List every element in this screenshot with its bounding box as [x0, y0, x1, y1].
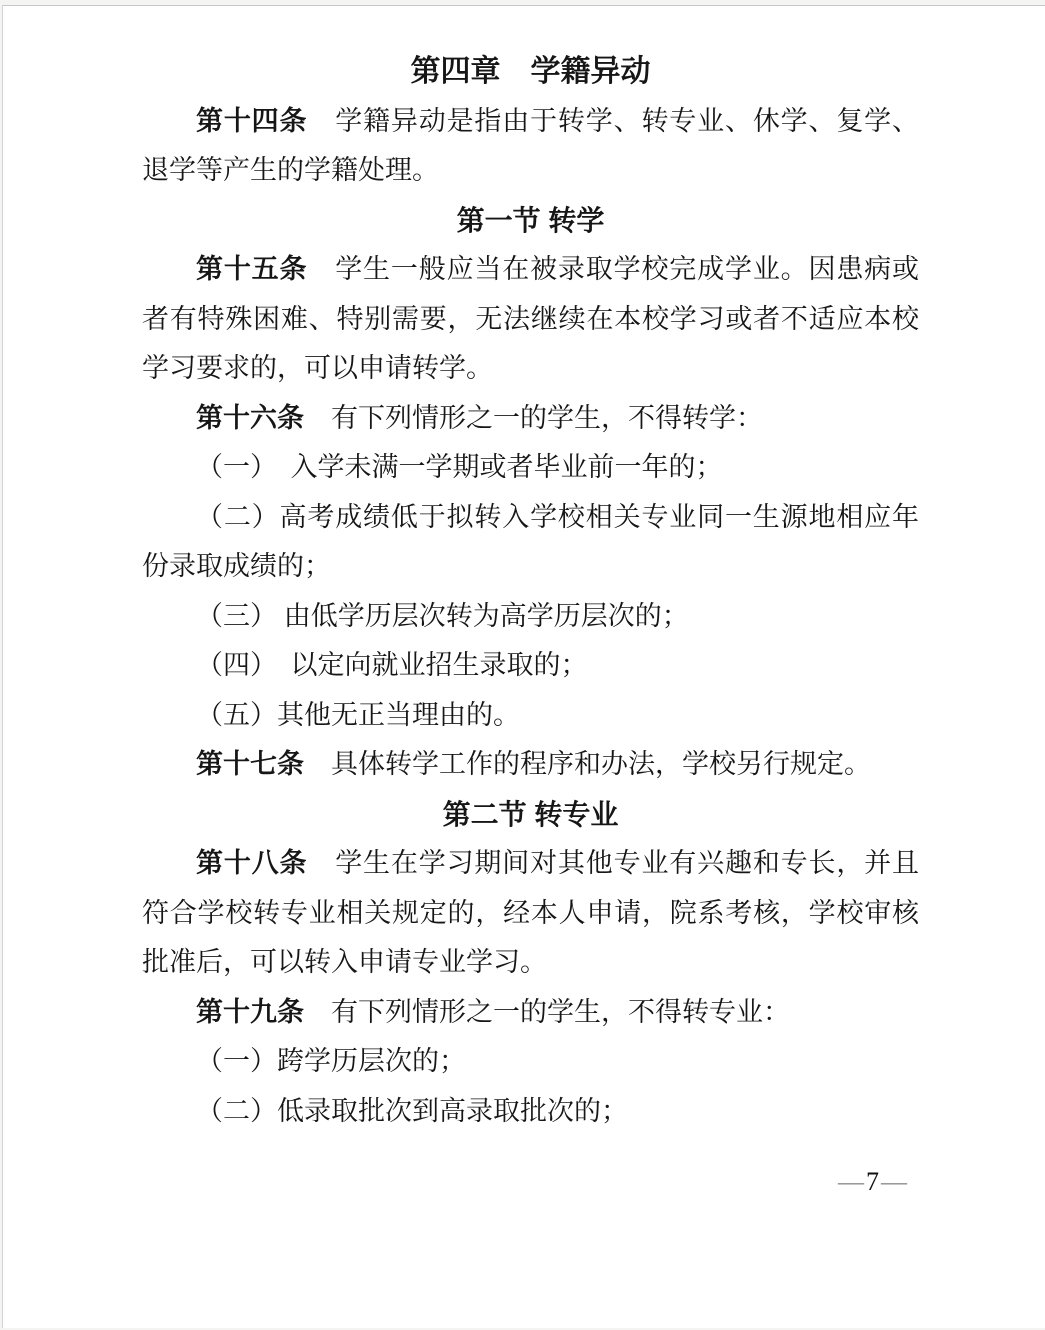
text-run: 份录取成绩的；	[142, 551, 331, 581]
article-16-lead: 第十六条 有下列情形之一的学生，不得转学：	[142, 394, 919, 444]
bold-term: 第十七条	[196, 749, 304, 779]
text-run: （二）高考成绩低于拟转入学校相关专业同一生源地相应年	[196, 502, 919, 532]
text-line: 第四章 学籍异动	[142, 47, 919, 97]
article-16-item-5: （五）其他无正当理由的。	[142, 691, 919, 741]
text-line: 者有特殊困难、特别需要，无法继续在本校学习或者不适应本校	[142, 295, 919, 345]
page-number-value: 7	[864, 1167, 881, 1196]
bold-term: 第一节 转学	[457, 205, 605, 236]
article-16-item-4: （四） 以定向就业招生录取的；	[142, 641, 919, 691]
article-19-lead: 第十九条 有下列情形之一的学生，不得转专业：	[142, 988, 919, 1038]
text-run: 有下列情形之一的学生，不得转专业：	[304, 997, 790, 1027]
text-line: 批准后，可以转入申请专业学习。	[142, 938, 919, 988]
bold-term: 第二节 转专业	[443, 799, 619, 830]
text-line: 第二节 转专业	[142, 790, 919, 840]
text-line: （三） 由低学历层次转为高学历层次的；	[142, 592, 919, 642]
text-line: 符合学校转专业相关规定的，经本人申请，院系考核，学校审核	[142, 889, 919, 939]
text-run: （三） 由低学历层次转为高学历层次的；	[196, 601, 689, 631]
text-line: （五）其他无正当理由的。	[142, 691, 919, 741]
text-line: 第一节 转学	[142, 196, 919, 246]
chapter-4-heading: 第四章 学籍异动	[142, 47, 919, 97]
text-line: 退学等产生的学籍处理。	[142, 146, 919, 196]
text-line: （二）低录取批次到高录取批次的；	[142, 1087, 919, 1137]
page-number-dash-right: —	[881, 1167, 907, 1196]
article-17: 第十七条 具体转学工作的程序和办法，学校另行规定。	[142, 740, 919, 790]
text-line: （二）高考成绩低于拟转入学校相关专业同一生源地相应年	[142, 493, 919, 543]
text-run: 学生在学习期间对其他专业有兴趣和专长，并且	[307, 848, 919, 878]
text-line: 第十五条 学生一般应当在被录取学校完成学业。因患病或	[142, 245, 919, 295]
text-run: 者有特殊困难、特别需要，无法继续在本校学习或者不适应本校	[142, 304, 919, 334]
article-15: 第十五条 学生一般应当在被录取学校完成学业。因患病或者有特殊困难、特别需要，无法…	[142, 245, 919, 394]
document-page: 第四章 学籍异动第十四条 学籍异动是指由于转学、转专业、休学、复学、退学等产生的…	[2, 5, 1045, 1328]
text-run: 学习要求的，可以申请转学。	[142, 353, 493, 383]
article-16-item-2: （二）高考成绩低于拟转入学校相关专业同一生源地相应年份录取成绩的；	[142, 493, 919, 592]
text-line: （四） 以定向就业招生录取的；	[142, 641, 919, 691]
text-line: 第十九条 有下列情形之一的学生，不得转专业：	[142, 988, 919, 1038]
text-line: （一）跨学历层次的；	[142, 1037, 919, 1087]
text-run: 具体转学工作的程序和办法，学校另行规定。	[304, 749, 871, 779]
text-line: 学习要求的，可以申请转学。	[142, 344, 919, 394]
bold-term: 第四章 学籍异动	[411, 55, 651, 88]
text-line: 第十八条 学生在学习期间对其他专业有兴趣和专长，并且	[142, 839, 919, 889]
article-16-item-1: （一） 入学未满一学期或者毕业前一年的；	[142, 443, 919, 493]
text-run: 批准后，可以转入申请专业学习。	[142, 947, 547, 977]
text-line: 第十六条 有下列情形之一的学生，不得转学：	[142, 394, 919, 444]
article-14: 第十四条 学籍异动是指由于转学、转专业、休学、复学、退学等产生的学籍处理。	[142, 97, 919, 196]
text-run: 学籍异动是指由于转学、转专业、休学、复学、	[307, 106, 919, 136]
bold-term: 第十四条	[196, 106, 307, 136]
article-19-item-2: （二）低录取批次到高录取批次的；	[142, 1087, 919, 1137]
document-body: 第四章 学籍异动第十四条 学籍异动是指由于转学、转专业、休学、复学、退学等产生的…	[3, 6, 1045, 1136]
text-run: （一）跨学历层次的；	[196, 1046, 466, 1076]
text-run: 退学等产生的学籍处理。	[142, 155, 439, 185]
section-1-heading: 第一节 转学	[142, 196, 919, 246]
text-run: （二）低录取批次到高录取批次的；	[196, 1096, 628, 1126]
bold-term: 第十五条	[196, 254, 307, 284]
text-run: （四） 以定向就业招生录取的；	[196, 650, 588, 680]
text-run: 有下列情形之一的学生，不得转学：	[304, 403, 763, 433]
text-line: 份录取成绩的；	[142, 542, 919, 592]
text-run: （五）其他无正当理由的。	[196, 700, 520, 730]
text-line: 第十七条 具体转学工作的程序和办法，学校另行规定。	[142, 740, 919, 790]
text-line: （一） 入学未满一学期或者毕业前一年的；	[142, 443, 919, 493]
text-run: 符合学校转专业相关规定的，经本人申请，院系考核，学校审核	[142, 898, 919, 928]
bold-term: 第十六条	[196, 403, 304, 433]
text-run: 学生一般应当在被录取学校完成学业。因患病或	[307, 254, 919, 284]
text-run: （一） 入学未满一学期或者毕业前一年的；	[196, 452, 723, 482]
text-line: 第十四条 学籍异动是指由于转学、转专业、休学、复学、	[142, 97, 919, 147]
page-number: —7—	[3, 1166, 1045, 1198]
bold-term: 第十八条	[196, 848, 307, 878]
page-number-dash-left: —	[838, 1167, 864, 1196]
section-2-heading: 第二节 转专业	[142, 790, 919, 840]
article-16-item-3: （三） 由低学历层次转为高学历层次的；	[142, 592, 919, 642]
article-19-item-1: （一）跨学历层次的；	[142, 1037, 919, 1087]
article-18: 第十八条 学生在学习期间对其他专业有兴趣和专长，并且符合学校转专业相关规定的，经…	[142, 839, 919, 988]
bold-term: 第十九条	[196, 997, 304, 1027]
